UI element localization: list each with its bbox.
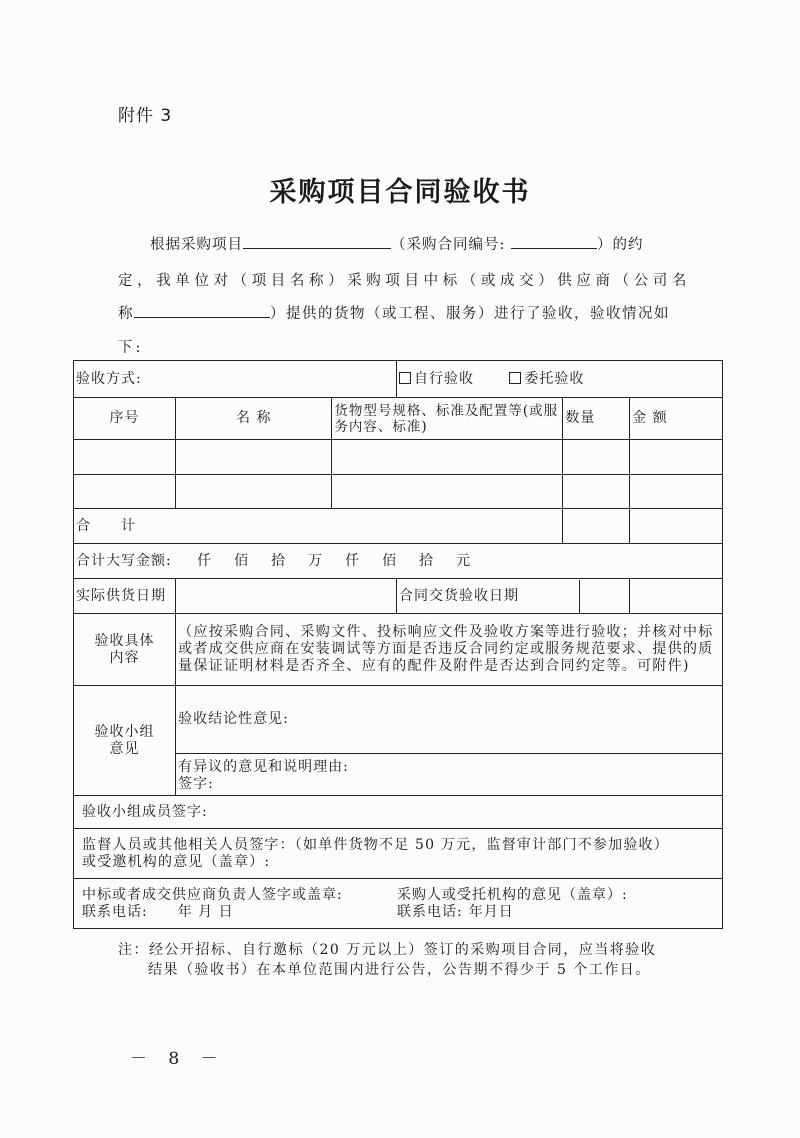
date-row: 实际供货日期 合同交货验收日期 xyxy=(74,579,723,614)
table-row xyxy=(74,440,723,475)
cell-seq[interactable] xyxy=(74,440,176,475)
contract-delivery-date-label: 合同交货验收日期 xyxy=(397,580,580,613)
footnote-line-2: 结果（验收书）在本单位范围内进行公告，公告期不得少于 5 个工作日。 xyxy=(118,960,718,980)
method-options: 自行验收 委托验收 xyxy=(396,361,722,398)
purchaser-phone-label: 联系电话: xyxy=(397,904,463,920)
cell-qty[interactable] xyxy=(563,475,630,509)
cell-seq[interactable] xyxy=(74,475,176,509)
intro-text: ）提供的货物（或工程、服务）进行了验收，验收情况如 xyxy=(270,306,670,322)
cell-name[interactable] xyxy=(176,440,332,475)
total-caps-cell[interactable]: 合计大写金额: 仟佰拾万仟佰拾元 xyxy=(74,544,723,579)
unit-bai: 佰 xyxy=(234,553,249,569)
option-self-acceptance[interactable]: 自行验收 xyxy=(399,371,474,387)
supplier-sign-block: 中标或者成交供应商负责人签字或盖章: 联系电话:年 月 日 xyxy=(82,887,397,921)
signoff-cell[interactable]: 中标或者成交供应商负责人签字或盖章: 联系电话:年 月 日 采购人或受托机构的意… xyxy=(74,879,723,929)
cell-name[interactable] xyxy=(176,475,332,509)
supervisor-line-2: 或受邀机构的意见（盖章）: xyxy=(82,854,720,871)
col-spec-header: 货物型号规格、标准及配置等(或服务内容、标准) xyxy=(332,398,563,440)
purchaser-block: 采购人或受托机构的意见（盖章）: 联系电话:年月日 xyxy=(397,887,628,921)
purchaser-opinion-label: 采购人或受托机构的意见（盖章）: xyxy=(397,887,628,904)
panel-signature-label: 签字: xyxy=(178,776,720,793)
footnote-line-1: 注：经公开招标、自行邀标（20 万元以上）签订的采购项目合同，应当将验收 xyxy=(118,940,718,960)
members-signature-label: 验收小组成员签字: xyxy=(82,804,208,820)
cell-spec[interactable] xyxy=(332,475,563,509)
purchaser-date-label: 年月日 xyxy=(469,904,514,920)
purchaser-contact-line: 联系电话:年月日 xyxy=(397,904,628,921)
supervisor-line-1: 监督人员或其他相关人员签字：（如单件货物不足 50 万元，监督审计部门不参加验收… xyxy=(82,837,720,854)
company-name-blank[interactable] xyxy=(134,303,270,318)
option-label: 自行验收 xyxy=(414,371,474,387)
col-qty-header: 数量 xyxy=(563,398,630,440)
intro-text: 称 xyxy=(118,306,134,322)
unit-shi: 拾 xyxy=(419,553,434,569)
checkbox-icon[interactable] xyxy=(509,372,521,384)
checkbox-icon[interactable] xyxy=(399,372,411,384)
contract-delivery-date-value[interactable] xyxy=(630,579,723,614)
total-caps-row: 合计大写金额: 仟佰拾万仟佰拾元 xyxy=(74,544,723,579)
total-qty[interactable] xyxy=(563,509,630,544)
panel-conclusion-row: 验收小组意见 验收结论性意见: xyxy=(74,686,723,754)
intro-line-2: 定，我单位对（项目名称）采购项目中标（或成交）供应商（公司名 xyxy=(118,264,718,298)
total-caps-label: 合计大写金额: xyxy=(76,553,172,569)
cell-amount[interactable] xyxy=(630,440,723,475)
unit-yuan: 元 xyxy=(456,553,471,569)
footnote: 注：经公开招标、自行邀标（20 万元以上）签订的采购项目合同，应当将验收 结果（… xyxy=(118,940,718,980)
col-amount-header: 金 额 xyxy=(630,398,723,440)
project-name-blank[interactable] xyxy=(243,234,391,249)
col-seq-header: 序号 xyxy=(74,398,176,440)
total-row: 合 计 xyxy=(74,509,723,544)
intro-text: （采购合同编号: xyxy=(391,237,505,253)
document-title: 采购项目合同验收书 xyxy=(0,170,800,209)
supervisor-row: 监督人员或其他相关人员签字：（如单件货物不足 50 万元，监督审计部门不参加验收… xyxy=(74,829,723,879)
intro-line-3: 称）提供的货物（或工程、服务）进行了验收，验收情况如 xyxy=(118,297,718,331)
table-row xyxy=(74,475,723,509)
unit-wan: 万 xyxy=(308,553,323,569)
contract-number-blank[interactable] xyxy=(511,234,597,249)
supplier-phone-label: 联系电话: xyxy=(82,904,148,920)
content-row: 验收具体内容 （应按采购合同、采购文件、投标响应文件及验收方案等进行验收；并核对… xyxy=(74,614,723,686)
supplier-sign-label: 中标或者成交供应商负责人签字或盖章: xyxy=(82,887,397,904)
supervisor-cell[interactable]: 监督人员或其他相关人员签字：（如单件货物不足 50 万元，监督审计部门不参加验收… xyxy=(74,829,723,879)
unit-shi: 拾 xyxy=(271,553,286,569)
unit-qian: 仟 xyxy=(197,553,212,569)
actual-supply-date-value[interactable] xyxy=(176,579,397,614)
actual-supply-date-label: 实际供货日期 xyxy=(74,579,176,614)
supplier-contact-line: 联系电话:年 月 日 xyxy=(82,904,397,921)
col-name-header: 名 称 xyxy=(176,398,332,440)
option-label: 委托验收 xyxy=(524,371,584,387)
unit-bai: 佰 xyxy=(382,553,397,569)
attachment-label: 附件 3 xyxy=(118,101,172,126)
total-amount[interactable] xyxy=(630,509,723,544)
panel-label: 验收小组意见 xyxy=(74,686,176,796)
intro-text: ）的约 xyxy=(597,237,644,253)
unit-qian: 仟 xyxy=(345,553,360,569)
panel-objection-cell[interactable]: 有异议的意见和说明理由: 签字: xyxy=(176,754,723,796)
header-row: 序号 名 称 货物型号规格、标准及配置等(或服务内容、标准) 数量 金 额 xyxy=(74,398,723,440)
page-number: － 8 － xyxy=(130,1044,226,1069)
contract-date-group: 合同交货验收日期 xyxy=(396,579,629,614)
panel-conclusion-cell[interactable]: 验收结论性意见: xyxy=(176,686,723,754)
total-label: 合 计 xyxy=(74,509,563,544)
panel-objection-label: 有异议的意见和说明理由: xyxy=(178,759,720,776)
cell-spec[interactable] xyxy=(332,440,563,475)
members-signature-cell[interactable]: 验收小组成员签字: xyxy=(74,796,723,829)
supplier-date-label: 年 月 日 xyxy=(178,904,234,920)
intro-line-1: 根据采购项目（采购合同编号: ）的约 xyxy=(118,228,718,262)
total-caps-units: 仟佰拾万仟佰拾元 xyxy=(197,553,493,569)
signoff-row: 中标或者成交供应商负责人签字或盖章: 联系电话:年 月 日 采购人或受托机构的意… xyxy=(74,879,723,929)
method-row: 验收方式: 自行验收 委托验收 xyxy=(74,361,723,398)
members-signature-row: 验收小组成员签字: xyxy=(74,796,723,829)
cell-amount[interactable] xyxy=(630,475,723,509)
intro-text: 根据采购项目 xyxy=(150,237,243,253)
contract-delivery-date-value-a[interactable] xyxy=(580,580,629,613)
method-label: 验收方式: xyxy=(74,361,397,398)
content-label: 验收具体内容 xyxy=(74,614,176,686)
option-entrusted-acceptance[interactable]: 委托验收 xyxy=(509,371,584,387)
content-text: （应按采购合同、采购文件、投标响应文件及验收方案等进行验收；并核对中标或者成交供… xyxy=(176,614,723,686)
panel-conclusion-label: 验收结论性意见: xyxy=(178,711,289,727)
acceptance-form-table: 验收方式: 自行验收 委托验收 序号 名 称 货物型号规格、标准及配置等(或服务… xyxy=(73,360,723,929)
cell-qty[interactable] xyxy=(563,440,630,475)
